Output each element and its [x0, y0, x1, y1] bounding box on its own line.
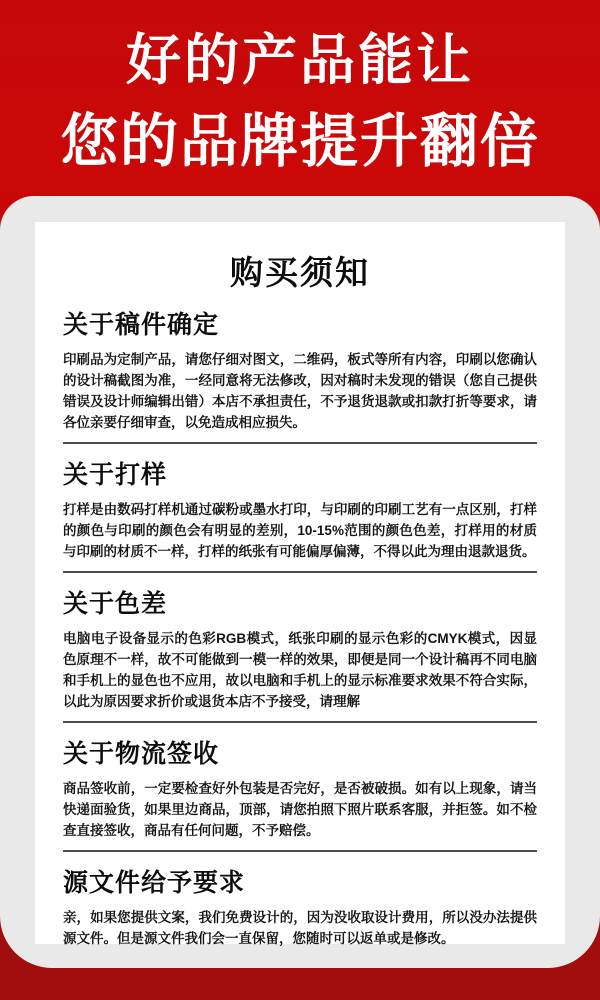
hero-headline-line-1: 好的产品能让 — [0, 20, 600, 100]
notice-title: 购买须知 — [63, 254, 537, 292]
hero-banner: 好的产品能让 您的品牌提升翻倍 — [0, 0, 600, 196]
section-divider — [63, 850, 537, 852]
section-logistics-receipt: 关于物流签收 商品签收前，一定要检查好外包装是否完好，是否被破损。如有以上现象，… — [63, 739, 537, 852]
section-body: 亲，如果您提供文案，我们免费设计的，因为没收取设计费用，所以没办法提供源文件。但… — [63, 907, 537, 949]
section-divider — [63, 721, 537, 723]
section-heading: 关于稿件确定 — [63, 310, 537, 340]
section-body: 打样是由数码打样机通过碳粉或墨水打印，与印刷的印刷工艺有一点区别，打样的颜色与印… — [63, 499, 537, 562]
section-manuscript-confirmation: 关于稿件确定 印刷品为定制产品，请您仔细对图文，二维码，板式等所有内容，印刷以您… — [63, 310, 537, 444]
section-body: 电脑电子设备显示的色彩RGB模式，纸张印刷的显示色彩的CMYK模式，因显色原理不… — [63, 628, 537, 712]
section-proofing: 关于打样 打样是由数码打样机通过碳粉或墨水打印，与印刷的印刷工艺有一点区别，打样… — [63, 460, 537, 573]
notice-card: 购买须知 关于稿件确定 印刷品为定制产品，请您仔细对图文，二维码，板式等所有内容… — [35, 222, 565, 944]
section-color-difference: 关于色差 电脑电子设备显示的色彩RGB模式，纸张印刷的显示色彩的CMYK模式，因… — [63, 589, 537, 723]
hero-headline-line-2: 您的品牌提升翻倍 — [0, 100, 600, 184]
notice-outer-card: 购买须知 关于稿件确定 印刷品为定制产品，请您仔细对图文，二维码，板式等所有内容… — [0, 196, 600, 968]
section-heading: 关于物流签收 — [63, 739, 537, 769]
section-divider — [63, 571, 537, 573]
section-heading: 关于打样 — [63, 460, 537, 490]
section-body: 商品签收前，一定要检查好外包装是否完好，是否被破损。如有以上现象，请当快递面验货… — [63, 778, 537, 841]
promo-page: 好的产品能让 您的品牌提升翻倍 购买须知 关于稿件确定 印刷品为定制产品，请您仔… — [0, 0, 600, 1000]
section-source-files: 源文件给予要求 亲，如果您提供文案，我们免费设计的，因为没收取设计费用，所以没办… — [63, 868, 537, 949]
section-heading: 关于色差 — [63, 589, 537, 619]
section-body: 印刷品为定制产品，请您仔细对图文，二维码，板式等所有内容，印刷以您确认的设计稿截… — [63, 349, 537, 433]
section-heading: 源文件给予要求 — [63, 868, 537, 898]
section-divider — [63, 442, 537, 444]
